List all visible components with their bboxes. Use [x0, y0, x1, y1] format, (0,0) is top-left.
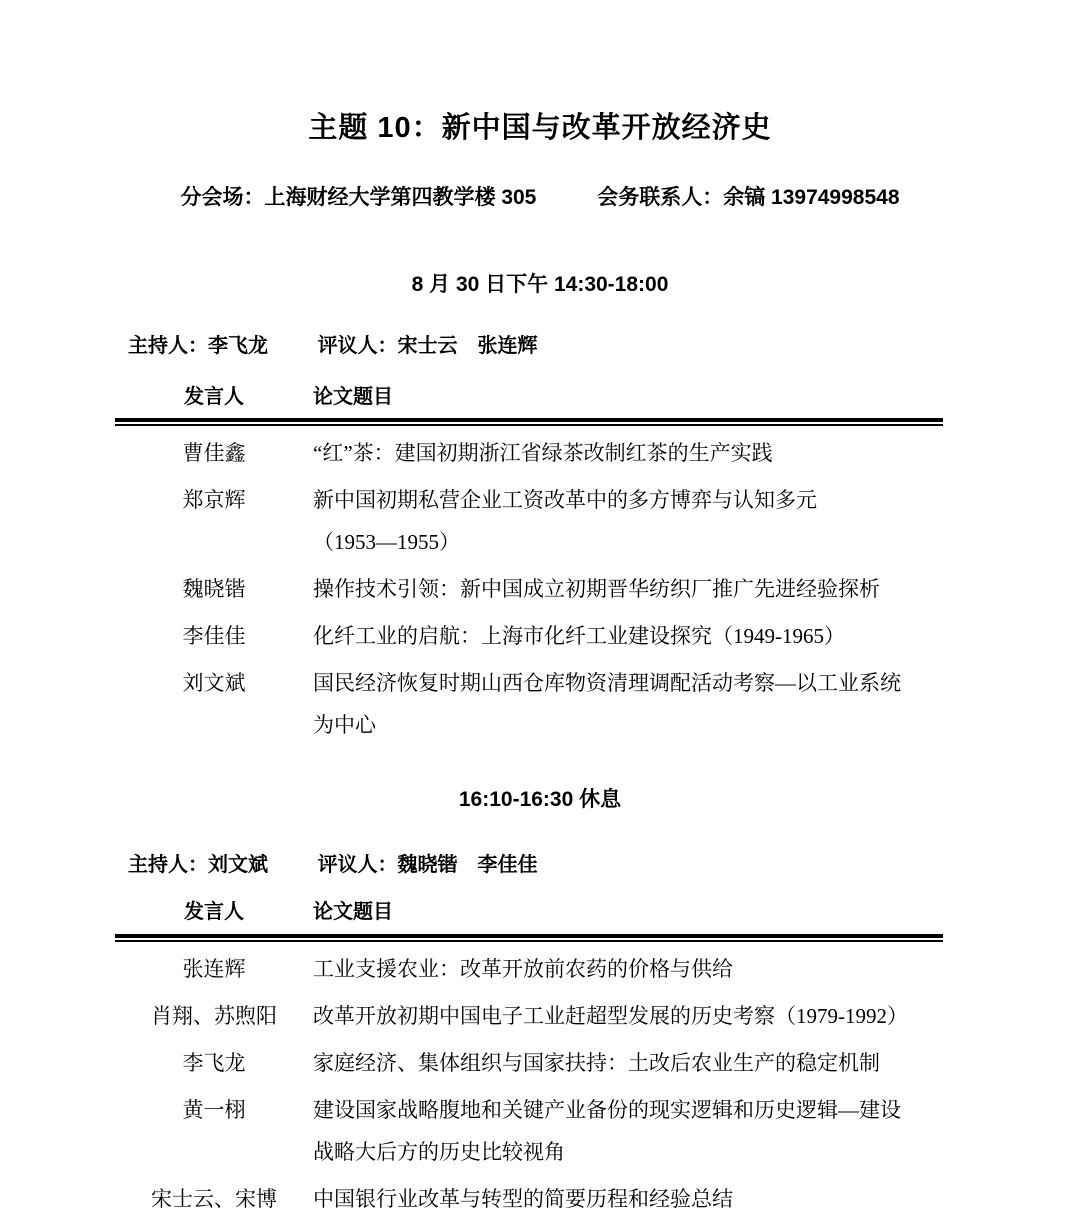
table2-divider-rule: [115, 934, 943, 942]
page-title: 主题 10：新中国与改革开放经济史: [0, 112, 1080, 144]
table-row: 郑京辉 新中国初期私营企业工资改革中的多方博弈与认知多元 （1953—1955）: [115, 479, 1080, 563]
speaker-name: 黄一栩: [115, 1089, 313, 1173]
paper-title: 新中国初期私营企业工资改革中的多方博弈与认知多元 （1953—1955）: [313, 479, 943, 563]
paper-title: 操作技术引领：新中国成立初期晋华纺织厂推广先进经验探析: [313, 568, 943, 610]
table-row: 李飞龙 家庭经济、集体组织与国家扶持：土改后农业生产的稳定机制: [115, 1042, 1080, 1084]
break-heading: 16:10-16:30 休息: [0, 787, 1080, 813]
speaker-name: 郑京辉: [115, 479, 313, 563]
table2-body: 张连辉 工业支援农业：改革开放前农药的价格与供给 肖翔、苏煦阳 改革开放初期中国…: [115, 942, 1080, 1212]
column-header-paper-title: 论文题目: [313, 384, 393, 410]
table-row: 肖翔、苏煦阳 改革开放初期中国电子工业赶超型发展的历史考察（1979-1992）: [115, 995, 1080, 1037]
table-row: 曹佳鑫 “红”茶：建国初期浙江省绿茶改制红茶的生产实践: [115, 432, 1080, 474]
table1-divider-rule: [115, 418, 943, 426]
chair-label: 主持人：李飞龙: [128, 335, 268, 357]
column-header-speaker: 发言人: [115, 384, 313, 410]
speaker-name: 刘文斌: [115, 662, 313, 746]
speaker-name: 曹佳鑫: [115, 432, 313, 474]
conference-program-page: 主题 10：新中国与改革开放经济史 分会场：上海财经大学第四教学楼 305 会务…: [0, 0, 1080, 1212]
session1-chair-line: 主持人：李飞龙 评议人：宋士云 张连辉: [128, 333, 1080, 359]
table-row: 张连辉 工业支援农业：改革开放前农药的价格与供给: [115, 948, 1080, 990]
contact-text: 会务联系人：余镐 13974998548: [597, 186, 899, 209]
speaker-name: 肖翔、苏煦阳: [115, 995, 313, 1037]
paper-title: 工业支援农业：改革开放前农药的价格与供给: [313, 948, 943, 990]
table1-header-row: 发言人 论文题目: [115, 384, 1080, 410]
table-row: 刘文斌 国民经济恢复时期山西仓库物资清理调配活动考察—以工业系统 为中心: [115, 662, 1080, 746]
reviewers-label: 评议人：宋士云 张连辉: [318, 335, 538, 357]
chair-label: 主持人：刘文斌: [128, 854, 268, 876]
table-row: 李佳佳 化纤工业的启航：上海市化纤工业建设探究（1949-1965）: [115, 615, 1080, 657]
paper-title: 改革开放初期中国电子工业赶超型发展的历史考察（1979-1992）: [313, 995, 943, 1037]
paper-title: 家庭经济、集体组织与国家扶持：土改后农业生产的稳定机制: [313, 1042, 943, 1084]
paper-title: 国民经济恢复时期山西仓库物资清理调配活动考察—以工业系统 为中心: [313, 662, 943, 746]
column-header-paper-title: 论文题目: [313, 899, 393, 925]
speaker-name: 李佳佳: [115, 615, 313, 657]
table2-header-row: 发言人 论文题目: [115, 899, 1080, 925]
table-row: 宋士云、宋博 中国银行业改革与转型的简要历程和经验总结: [115, 1178, 1080, 1212]
paper-title: 建设国家战略腹地和关键产业备份的现实逻辑和历史逻辑—建设 战略大后方的历史比较视…: [313, 1089, 943, 1173]
speaker-name: 宋士云、宋博: [115, 1178, 313, 1212]
reviewers-label: 评议人：魏晓锴 李佳佳: [318, 854, 538, 876]
session1-time-heading: 8 月 30 日下午 14:30-18:00: [0, 272, 1080, 298]
paper-title: “红”茶：建国初期浙江省绿茶改制红茶的生产实践: [313, 432, 943, 474]
venue-contact-line: 分会场：上海财经大学第四教学楼 305 会务联系人：余镐 13974998548: [0, 186, 1080, 210]
session2-chair-line: 主持人：刘文斌 评议人：魏晓锴 李佳佳: [128, 852, 1080, 878]
paper-title: 中国银行业改革与转型的简要历程和经验总结: [313, 1178, 943, 1212]
venue-text: 分会场：上海财经大学第四教学楼 305: [180, 186, 536, 209]
table1-body: 曹佳鑫 “红”茶：建国初期浙江省绿茶改制红茶的生产实践 郑京辉 新中国初期私营企…: [115, 426, 1080, 746]
speaker-name: 魏晓锴: [115, 568, 313, 610]
speaker-name: 张连辉: [115, 948, 313, 990]
speaker-name: 李飞龙: [115, 1042, 313, 1084]
paper-title: 化纤工业的启航：上海市化纤工业建设探究（1949-1965）: [313, 615, 943, 657]
table-row: 魏晓锴 操作技术引领：新中国成立初期晋华纺织厂推广先进经验探析: [115, 568, 1080, 610]
column-header-speaker: 发言人: [115, 899, 313, 925]
table-row: 黄一栩 建设国家战略腹地和关键产业备份的现实逻辑和历史逻辑—建设 战略大后方的历…: [115, 1089, 1080, 1173]
